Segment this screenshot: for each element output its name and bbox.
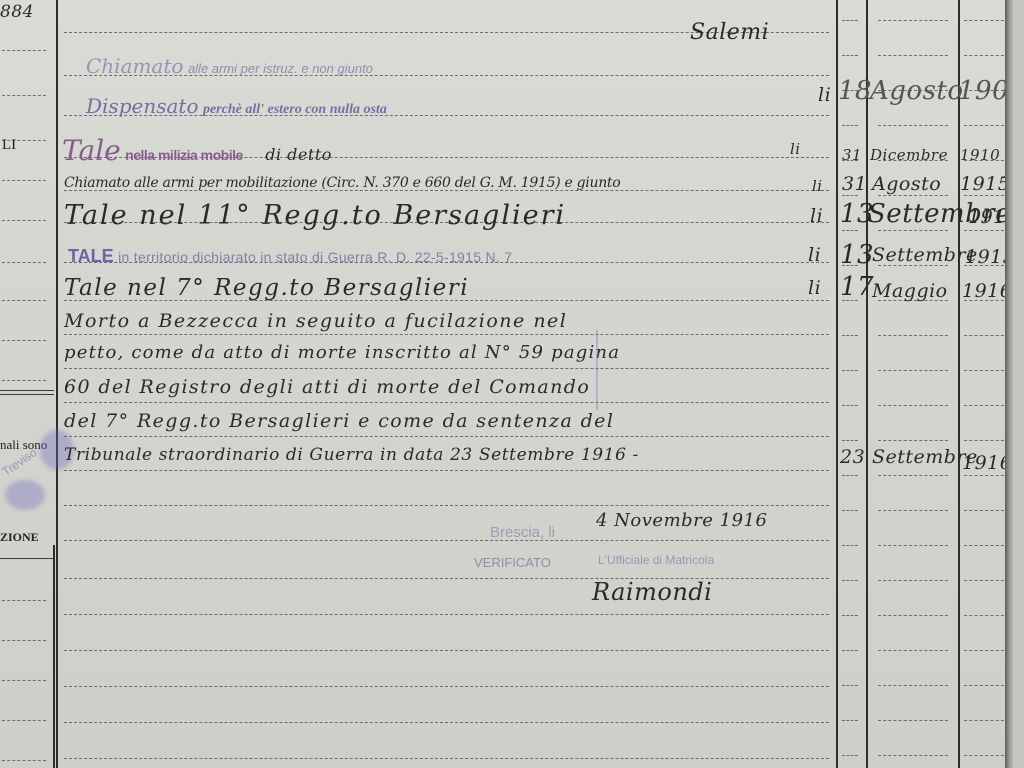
tale-7-month: Maggio (872, 280, 948, 302)
stamp-chiamato-lead: Chiamato (86, 54, 183, 78)
margin-ruled-line (2, 95, 46, 96)
ruled-line (64, 578, 829, 579)
column-ruled-line (842, 440, 858, 441)
column-ruled-line (842, 405, 858, 406)
margin-ruled-line (2, 340, 46, 341)
ruled-line (64, 722, 829, 723)
column-ruled-line (964, 230, 1004, 231)
territorio-month: Settembre (872, 244, 978, 266)
margin-ruled-line (2, 680, 46, 681)
header-signature: Salemi (690, 20, 769, 45)
column-ruled-line (964, 545, 1004, 546)
column-ruled-line (878, 615, 948, 616)
officer-signature: Raimondi (592, 578, 712, 606)
tale-milizia-year: 1910 (960, 146, 1000, 164)
column-ruled-line (964, 475, 1004, 476)
chiamato-mobilitazione-day: 31 (842, 173, 867, 195)
column-ruled-line (964, 405, 1004, 406)
margin-ruled-line (2, 640, 46, 641)
tale-7-text: Tale nel 7° Regg.to Bersaglieri (64, 275, 469, 301)
column-ruled-line (842, 230, 858, 231)
ruled-line (64, 686, 829, 687)
ruled-line (64, 436, 829, 437)
chiamato-mobilitazione-year: 1915 (960, 173, 1010, 195)
column-ruled-line (878, 510, 948, 511)
margin-ruled-line (2, 720, 46, 721)
column-ruled-line (842, 335, 858, 336)
column-ruled-line (878, 545, 948, 546)
ruled-line (64, 368, 829, 369)
column-ruled-line (842, 475, 858, 476)
margin-ruled-line (2, 600, 46, 601)
month-column-rule (866, 0, 868, 768)
tale-milizia-day: 31 (842, 146, 862, 164)
column-ruled-line (964, 580, 1004, 581)
ruled-line (64, 758, 829, 759)
column-ruled-line (964, 510, 1004, 511)
chiamato-mobilitazione-prefix: li (812, 177, 823, 195)
column-ruled-line (842, 370, 858, 371)
margin-inner-rule (53, 545, 55, 768)
column-ruled-line (964, 370, 1004, 371)
margin-ruled-line (2, 300, 46, 301)
morto-line-1: Morto a Bezzecca in seguito a fucilazion… (64, 310, 567, 332)
ruled-line (64, 505, 829, 506)
morto-day: 23 (840, 446, 865, 468)
column-ruled-line (842, 615, 858, 616)
margin-column-rule (56, 0, 58, 768)
verification-place-stamp: Brescia, li (490, 524, 555, 541)
column-ruled-line (878, 125, 948, 126)
morto-line-4: del 7° Regg.to Bersaglieri e come da sen… (64, 410, 614, 432)
verified-stamp: VERIFICATO (474, 555, 551, 570)
ruled-line (64, 614, 829, 615)
column-ruled-line (964, 20, 1004, 21)
column-ruled-line (878, 335, 948, 336)
margin-double-rule-2 (0, 394, 54, 395)
margin-ruled-line (2, 760, 46, 761)
stamp-dispensato-lead: Dispensato (86, 94, 198, 118)
ledger-page: 884 LI nali sono ZIONE Treviso Salemi Ch… (0, 0, 1012, 768)
record-number: 884 (0, 2, 34, 22)
column-ruled-line (878, 405, 948, 406)
column-ruled-line (878, 720, 948, 721)
tale-milizia-hand: di detto (265, 145, 332, 164)
column-ruled-line (842, 55, 858, 56)
column-ruled-line (842, 580, 858, 581)
margin-ruled-line (2, 220, 46, 221)
column-ruled-line (878, 440, 948, 441)
ruled-line (64, 402, 829, 403)
column-ruled-line (878, 475, 948, 476)
column-ruled-line (964, 335, 1004, 336)
column-ruled-line (842, 195, 858, 196)
morto-line-3: 60 del Registro degli atti di morte del … (64, 376, 590, 398)
column-ruled-line (878, 20, 948, 21)
column-ruled-line (878, 685, 948, 686)
dispensato-month: Agosto (870, 76, 964, 106)
column-ruled-line (878, 55, 948, 56)
column-ruled-line (964, 440, 1004, 441)
verification-date: 4 Novembre 1916 (596, 510, 767, 531)
stamp-stroke (596, 330, 598, 410)
entry-tale-milizia: Tale nella milizia mobile di detto (62, 134, 332, 167)
column-ruled-line (842, 650, 858, 651)
tale-7-day: 17 (840, 272, 874, 302)
stamp-tale-text: nella milizia mobile (125, 147, 243, 163)
column-ruled-line (842, 720, 858, 721)
column-ruled-line (878, 195, 948, 196)
column-ruled-line (878, 230, 948, 231)
margin-printed-li: LI (2, 137, 16, 154)
column-ruled-line (878, 580, 948, 581)
morto-line-5: Tribunale straordinario di Guerra in dat… (64, 445, 639, 465)
stamp-territorio-text: in territorio dichiarato in stato di Gue… (118, 249, 512, 265)
tale-7-prefix: li (808, 277, 821, 299)
page-binding-edge (1005, 0, 1013, 768)
column-ruled-line (842, 685, 858, 686)
column-ruled-line (964, 685, 1004, 686)
page-beyond-edge (1013, 0, 1024, 768)
dispensato-prefix: li (818, 84, 831, 106)
year-column-rule (958, 0, 960, 768)
column-ruled-line (964, 615, 1004, 616)
ruled-line (64, 334, 829, 335)
stamp-tale-lead: Tale (62, 134, 121, 167)
office-stamp: L'Ufficiale di Matricola (598, 553, 714, 567)
ruled-line (64, 650, 829, 651)
chiamato-mobilitazione-month: Agosto (872, 173, 941, 195)
stamp-dispensato-text: perchè all' estero con nulla osta (203, 102, 387, 117)
column-ruled-line (964, 650, 1004, 651)
margin-stamp-blot-2 (5, 480, 45, 510)
margin-printed-zione: ZIONE (0, 530, 39, 545)
tale-milizia-prefix: li (790, 140, 801, 158)
column-ruled-line (964, 195, 1004, 196)
stamp-chiamato-text: alle armi per istruz. e non giunto (188, 61, 373, 76)
chiamato-mobilitazione-text: Chiamato alle armi per mobilitazione (Ci… (64, 175, 620, 191)
margin-ruled-line (2, 180, 46, 181)
column-ruled-line (878, 650, 948, 651)
entry-territorio-guerra: TALE in territorio dichiarato in stato d… (68, 246, 512, 267)
column-ruled-line (842, 20, 858, 21)
tale-11-prefix: li (810, 205, 823, 227)
stamp-territorio-lead: TALE (68, 246, 114, 266)
margin-double-rule-1 (0, 390, 54, 391)
column-ruled-line (964, 755, 1004, 756)
column-ruled-line (964, 125, 1004, 126)
territorio-prefix: li (808, 244, 821, 266)
ruled-line (64, 470, 829, 471)
margin-rule-bottom (0, 558, 54, 559)
column-ruled-line (842, 755, 858, 756)
tale-milizia-month: Dicembre (870, 146, 948, 164)
ruled-line (64, 540, 829, 541)
column-ruled-line (878, 370, 948, 371)
morto-line-2: petto, come da atto di morte inscritto a… (64, 342, 620, 363)
entry-chiamato: Chiamato alle armi per istruz. e non giu… (86, 54, 373, 78)
day-column-rule (836, 0, 838, 768)
entry-dispensato: Dispensato perchè all' estero con nulla … (86, 94, 387, 118)
territorio-day: 13 (840, 240, 874, 270)
dispensato-day: 18 (838, 76, 872, 106)
margin-ruled-line (2, 262, 46, 263)
tale-11-text: Tale nel 11° Regg.to Bersaglieri (64, 200, 566, 231)
column-ruled-line (842, 125, 858, 126)
margin-ruled-line (2, 380, 46, 381)
column-ruled-line (878, 755, 948, 756)
column-ruled-line (842, 510, 858, 511)
column-ruled-line (964, 720, 1004, 721)
column-ruled-line (842, 545, 858, 546)
margin-ruled-line (2, 50, 46, 51)
column-ruled-line (964, 55, 1004, 56)
